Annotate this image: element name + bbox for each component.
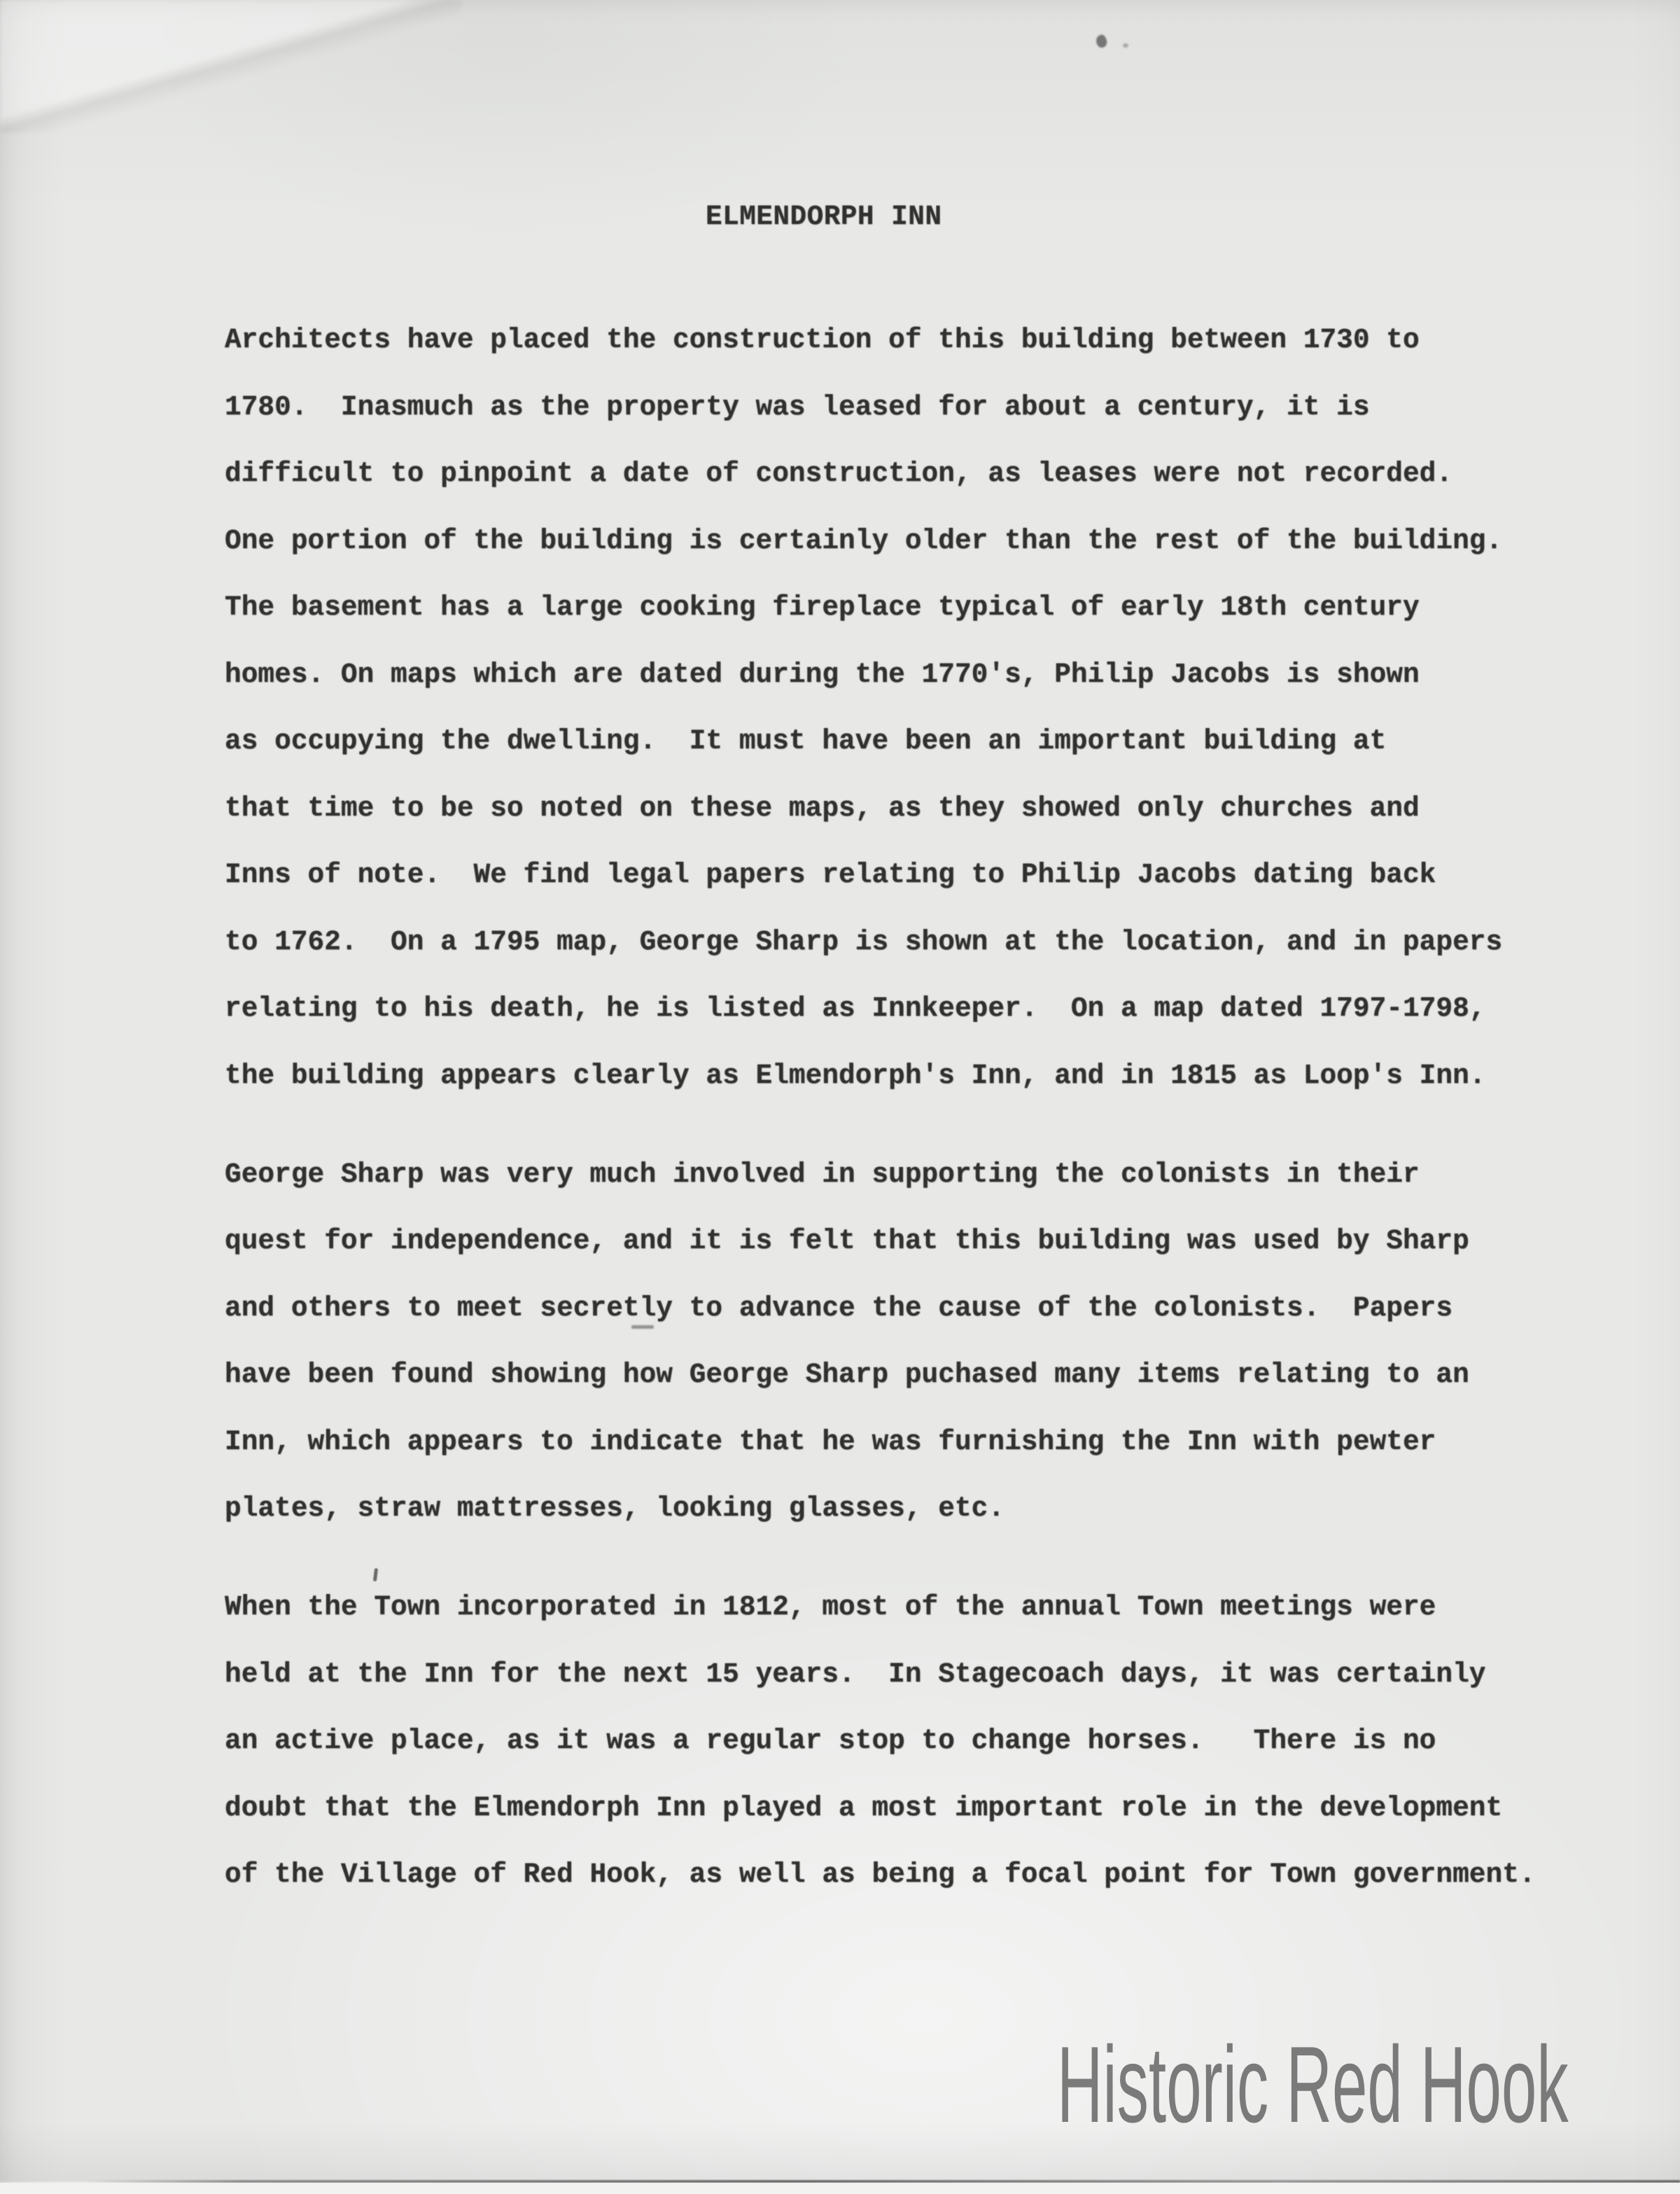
paragraph-george-sharp: George Sharp was very much involved in s…	[225, 1141, 1536, 1542]
ink-speck-small	[1123, 43, 1128, 48]
paragraph-town-incorporation: When the Town incorporated in 1812, most…	[225, 1574, 1536, 1908]
document-title: ELMENDORPH INN	[706, 183, 941, 251]
document-body: Architects have placed the construction …	[225, 307, 1536, 1908]
stray-underline-mark	[631, 1325, 654, 1329]
scanned-page: ELMENDORPH INN Architects have placed th…	[0, 0, 1680, 2194]
paper-fold-crease	[0, 0, 462, 133]
scan-bottom-strip	[0, 2183, 1680, 2194]
ink-speck	[1094, 34, 1109, 50]
bottom-scan-shade	[0, 2121, 1680, 2181]
paragraph-construction-history: Architects have placed the construction …	[225, 307, 1536, 1109]
